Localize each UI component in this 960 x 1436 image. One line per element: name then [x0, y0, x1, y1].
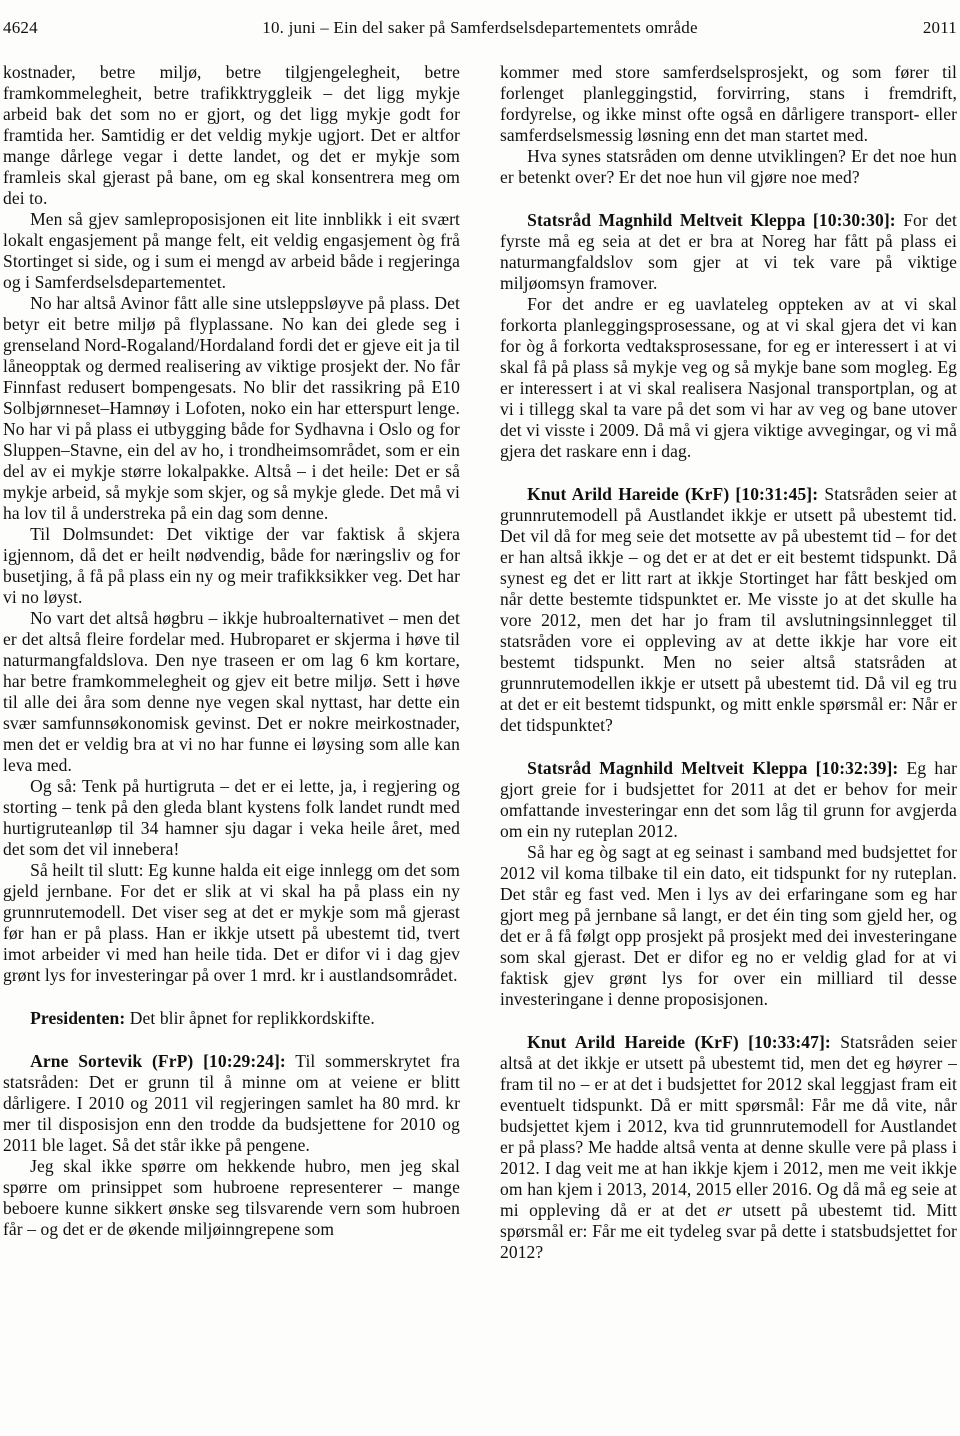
right-column: kommer med store samferdselsprosjekt, og… [500, 62, 957, 1263]
header-year: 2011 [837, 18, 957, 37]
paragraph-text: Og så: Tenk på hurtigruta – det er ei le… [3, 776, 460, 859]
paragraph: kostnader, betre miljø, betre tilgjengel… [3, 62, 460, 209]
paragraph-text: Så heilt til slutt: Eg kunne halda eit e… [3, 860, 460, 985]
paragraph: Arne Sortevik (FrP) [10:29:24]: Til somm… [3, 1051, 460, 1156]
paragraph: Så heilt til slutt: Eg kunne halda eit e… [3, 860, 460, 986]
paragraph: kommer med store samferdselsprosjekt, og… [500, 62, 957, 146]
speaker-name: Presidenten: [30, 1008, 125, 1028]
left-column: kostnader, betre miljø, betre tilgjengel… [3, 62, 460, 1263]
speaker-name: Statsråd Magnhild Meltveit Kleppa [10:32… [527, 758, 898, 778]
paragraph-text: For det andre er eg uavlateleg oppteken … [500, 294, 957, 461]
paragraph: Men så gjev samleproposisjonen eit lite … [3, 209, 460, 293]
paragraph-text: Hva synes statsråden om denne utviklinge… [500, 146, 957, 187]
paragraph-text: Jeg skal ikke spørre om hekkende hubro, … [3, 1156, 460, 1239]
paragraph-text: Statsråden seier altså at det ikkje er u… [500, 1032, 957, 1220]
paragraph: Hva synes statsråden om denne utviklinge… [500, 146, 957, 188]
paragraph-text: Så har eg òg sagt at eg seinast i samban… [500, 842, 957, 1009]
paragraph-text: Det blir åpnet for replikkordskifte. [130, 1008, 375, 1028]
paragraph: Til Dolmsundet: Det viktige der var fakt… [3, 524, 460, 608]
paragraph-text: Statsråden seier at grunnrutemodell på A… [500, 484, 957, 735]
paragraph: No vart det altså høgbru – ikkje hubroal… [3, 608, 460, 776]
paragraph: Statsråd Magnhild Meltveit Kleppa [10:32… [500, 758, 957, 842]
paragraph: Statsråd Magnhild Meltveit Kleppa [10:30… [500, 210, 957, 294]
paragraph: Knut Arild Hareide (KrF) [10:33:47]: Sta… [500, 1032, 957, 1263]
paragraph: Knut Arild Hareide (KrF) [10:31:45]: Sta… [500, 484, 957, 736]
paragraph-text: kostnader, betre miljø, betre tilgjengel… [3, 62, 460, 208]
paragraph: No har altså Avinor fått alle sine utsle… [3, 293, 460, 524]
speaker-name: Statsråd Magnhild Meltveit Kleppa [10:30… [527, 210, 896, 230]
page-number: 4624 [3, 18, 123, 37]
paragraph: Presidenten: Det blir åpnet for replikko… [3, 1008, 460, 1029]
paragraph: Jeg skal ikke spørre om hekkende hubro, … [3, 1156, 460, 1240]
paragraph-text: No vart det altså høgbru – ikkje hubroal… [3, 608, 460, 775]
text-columns: kostnader, betre miljø, betre tilgjengel… [3, 62, 957, 1263]
paragraph-text: Til Dolmsundet: Det viktige der var fakt… [3, 524, 460, 607]
paragraph-text: No har altså Avinor fått alle sine utsle… [3, 293, 460, 523]
paragraph: Så har eg òg sagt at eg seinast i samban… [500, 842, 957, 1010]
page-header: 4624 10. juni – Ein del saker på Samferd… [3, 18, 957, 37]
speaker-name: Arne Sortevik (FrP) [10:29:24]: [30, 1051, 286, 1071]
document-page: 4624 10. juni – Ein del saker på Samferd… [0, 0, 960, 1436]
header-title: 10. juni – Ein del saker på Samferdselsd… [123, 18, 837, 37]
speaker-name: Knut Arild Hareide (KrF) [10:31:45]: [527, 484, 818, 504]
paragraph-text: Men så gjev samleproposisjonen eit lite … [3, 209, 460, 292]
paragraph-text: kommer med store samferdselsprosjekt, og… [500, 62, 957, 145]
paragraph: For det andre er eg uavlateleg oppteken … [500, 294, 957, 462]
paragraph-text: er [717, 1200, 732, 1220]
paragraph: Og så: Tenk på hurtigruta – det er ei le… [3, 776, 460, 860]
speaker-name: Knut Arild Hareide (KrF) [10:33:47]: [527, 1032, 831, 1052]
